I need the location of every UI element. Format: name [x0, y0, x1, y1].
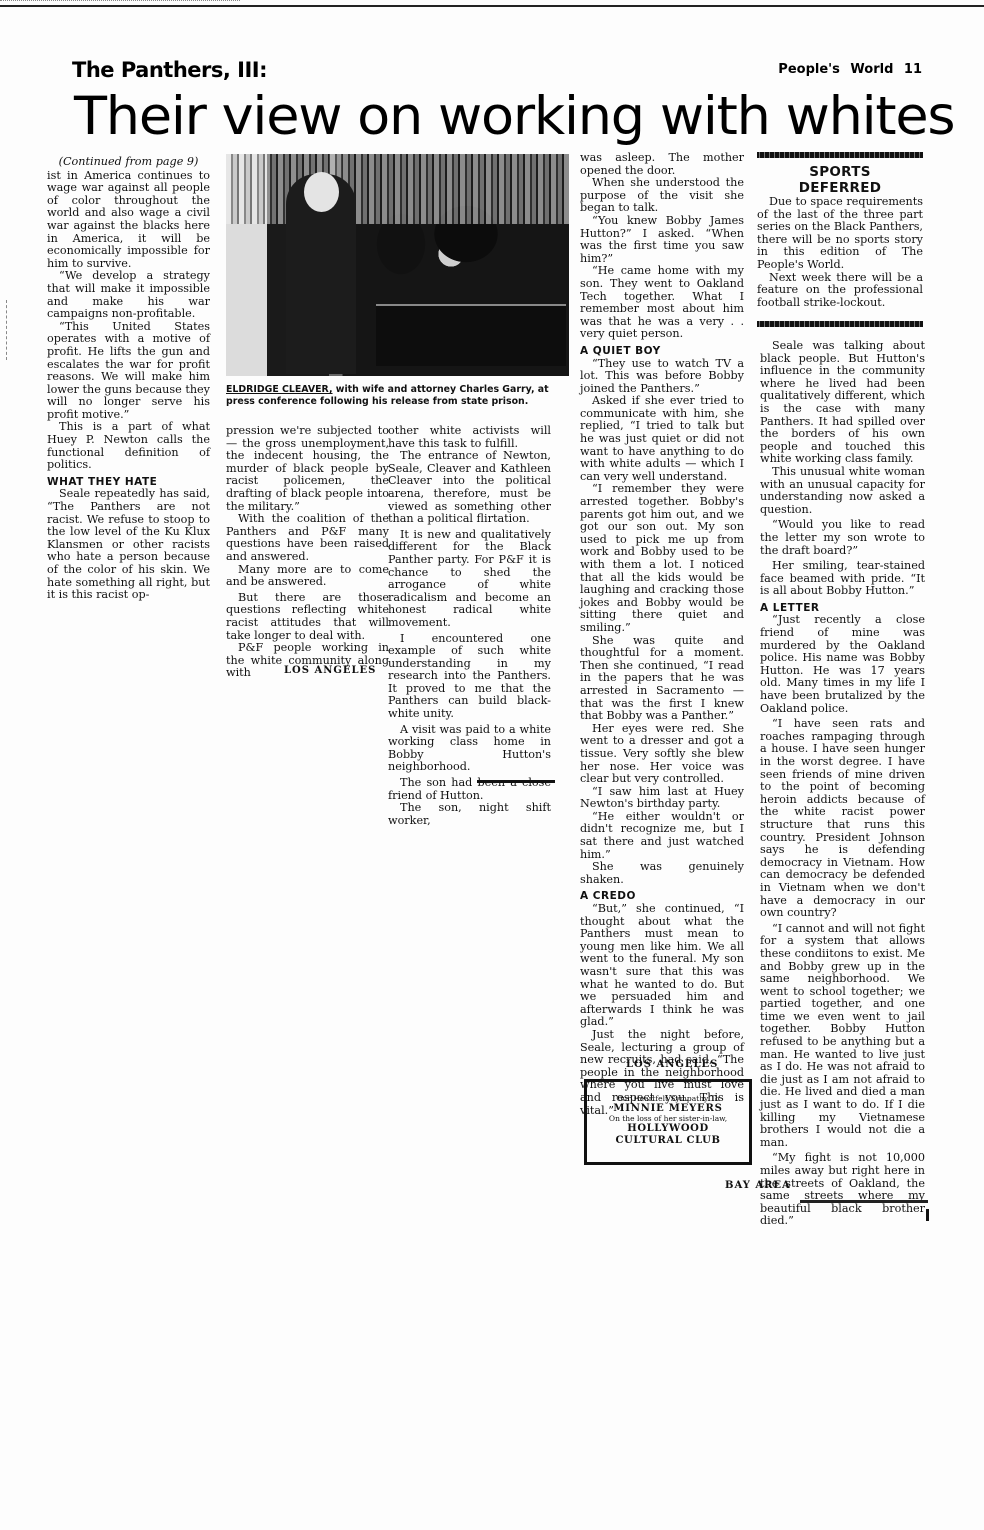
paragraph: I encountered one example of such white …	[388, 633, 551, 721]
caption-subject: ELDRIDGE CLEAVER,	[226, 384, 333, 395]
paragraph: “You knew Bobby James Hutton?” I asked. …	[580, 215, 744, 265]
paragraph: This unusual white woman with an unusual…	[760, 466, 925, 516]
page-folio: People's World 11	[778, 62, 922, 77]
paragraph: was asleep. The mother opened the door.	[580, 152, 744, 177]
paragraph: It is new and qualitatively different fo…	[388, 529, 551, 630]
ad-line-org-2: CULTURAL CLUB	[587, 1135, 749, 1147]
paragraph: A visit was paid to a white working clas…	[388, 724, 551, 774]
article-column-5: Seale was talking about black people. Bu…	[760, 340, 925, 1228]
subhead-a-quiet-boy: A QUIET BOY	[580, 345, 744, 358]
paragraph: “But,” she continued, “I thought about w…	[580, 903, 744, 1029]
article-column-4: was asleep. The mother opened the door. …	[580, 152, 744, 1117]
photo-caption: ELDRIDGE CLEAVER, with wife and attorney…	[226, 384, 572, 408]
series-kicker: The Panthers, III:	[72, 58, 267, 82]
paragraph: “Would you like to read the letter my so…	[760, 519, 925, 557]
article-column-1: (Continued from page 9) ist in America c…	[47, 156, 210, 602]
paragraph: Her smiling, tear-stained face beamed wi…	[760, 560, 925, 598]
paragraph: “This United States operates with a moti…	[47, 321, 210, 422]
scan-margin-marks	[6, 300, 11, 360]
photo-foreground	[376, 304, 566, 366]
paragraph: Seale was talking about black people. Bu…	[760, 340, 925, 466]
paragraph: “I saw him last at Huey Newton's birthda…	[580, 786, 744, 811]
paragraph: “I cannot and will not fight for a syste…	[760, 923, 925, 1150]
ad-line-sympathy: Our Heartfelt Sympathy To	[587, 1094, 749, 1103]
article-column-2: pression we're subjected to — the gross …	[226, 425, 389, 680]
sports-title: SPORTS DEFERRED	[757, 164, 923, 196]
paragraph: She was quite and thoughtful for a momen…	[580, 635, 744, 723]
paragraph: “He came home with my son. They went to …	[580, 265, 744, 341]
paragraph: ist in America continues to wage war aga…	[47, 170, 210, 271]
paragraph: Next week there will be a feature on the…	[757, 272, 923, 310]
press-photo	[226, 154, 569, 376]
paragraph: “Just recently a close friend of mine wa…	[760, 614, 925, 715]
dateline-los-angeles-2: LOS ANGELES	[626, 1059, 718, 1070]
sports-title-line-2: DEFERRED	[799, 180, 882, 196]
headline: Their view on working with whites	[74, 86, 954, 147]
paragraph: “I have seen rats and roaches rampaging …	[760, 718, 925, 920]
article-end-rule	[800, 1200, 928, 1203]
ad-line-org-1: HOLLYWOOD	[587, 1123, 749, 1135]
paragraph: Due to space requirements of the last of…	[757, 196, 923, 272]
sympathy-notice-ad: Our Heartfelt Sympathy To MINNIE MEYERS …	[584, 1079, 752, 1165]
paragraph: other white activists will have this tas…	[388, 425, 551, 450]
publication-name: People's World	[778, 62, 893, 77]
ornamental-rule-top	[757, 152, 923, 158]
bookshelf-background	[226, 154, 569, 224]
paragraph: “We develop a strategy that will make it…	[47, 270, 210, 320]
paragraph: But there are those questions reflecting…	[226, 592, 389, 642]
dateline-bay-area: BAY AREA	[725, 1180, 791, 1191]
continued-note: (Continued from page 9)	[47, 156, 210, 169]
paragraph: With the coalition of the Panthers and P…	[226, 513, 389, 563]
ad-line-loss: On the loss of her sister-in-law,	[587, 1114, 749, 1123]
ad-line-name: MINNIE MEYERS	[587, 1103, 749, 1114]
sports-deferred-box: SPORTS DEFERRED Due to space requirement…	[757, 152, 923, 327]
article-column-3: other white activists will have this tas…	[388, 425, 551, 827]
sports-title-line-1: SPORTS	[809, 164, 871, 180]
paragraph: “They use to watch TV a lot. This was be…	[580, 358, 744, 396]
photo-face	[304, 172, 339, 212]
ornamental-rule-bottom	[757, 321, 923, 327]
paragraph: The entrance of Newton, Seale, Cleaver a…	[388, 450, 551, 526]
paragraph: This is a part of what Huey P. Newton ca…	[47, 421, 210, 471]
top-rule	[0, 5, 984, 7]
paragraph: “He either wouldn't or didn't recognize …	[580, 811, 744, 861]
paragraph: Many more are to come and be answered.	[226, 564, 389, 589]
paragraph: She was genuinely shaken.	[580, 861, 744, 886]
paragraph: When she understood the purpose of the v…	[580, 177, 744, 215]
page-number: 11	[904, 62, 922, 77]
paragraph: Seale repeatedly has said, “The Panthers…	[47, 488, 210, 601]
dateline-los-angeles: LOS ANGELES	[284, 665, 376, 676]
scan-edge-dots	[0, 0, 240, 2]
article-end-tick	[926, 1209, 929, 1221]
paragraph: The son, night shift worker,	[388, 802, 551, 827]
paragraph: pression we're subjected to — the gross …	[226, 425, 389, 513]
column-end-rule	[477, 780, 555, 783]
paragraph: Her eyes were red. She went to a dresser…	[580, 723, 744, 786]
paragraph: “I remember they were arrested together.…	[580, 483, 744, 634]
paragraph: Asked if she ever tried to communicate w…	[580, 395, 744, 483]
